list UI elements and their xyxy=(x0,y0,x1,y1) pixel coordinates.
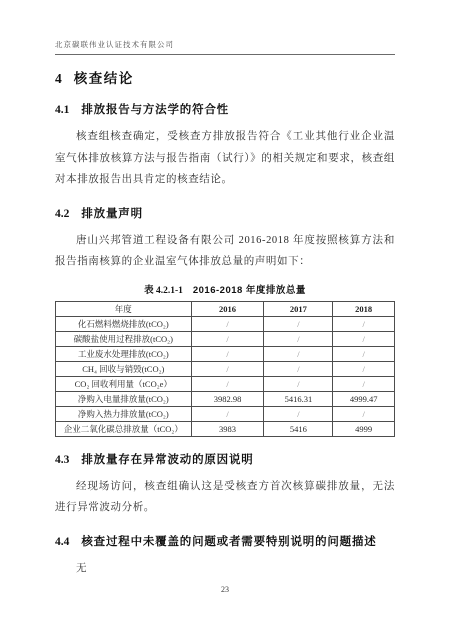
value-cell: / xyxy=(191,346,264,361)
table-caption-title: 2016-2018 年度排放总量 xyxy=(193,285,306,296)
value-cell: / xyxy=(264,331,333,346)
table-header-cell: 年度 xyxy=(56,301,192,316)
section-title: 核查过程中未覆盖的问题或者需要特别说明的问题描述 xyxy=(81,536,376,548)
section-title: 核查结论 xyxy=(74,71,134,86)
heading-verification-conclusion: 4核查结论 xyxy=(55,67,395,87)
table-row: 企业二氧化碳总排放量（tCO₂）398354164999 xyxy=(56,421,395,436)
table-header-cell: 2018 xyxy=(333,301,395,316)
paragraph-conformity-statement: 核查组核查确定，受核查方排放报告符合《工业其他行业企业温室气体排放核算方法与报告… xyxy=(55,126,395,191)
value-cell: / xyxy=(333,361,395,376)
page-footer: 23 xyxy=(0,585,450,594)
row-label-cell: 企业二氧化碳总排放量（tCO₂） xyxy=(56,421,192,436)
value-cell: / xyxy=(333,376,395,391)
value-cell: / xyxy=(333,331,395,346)
row-label-cell: 净购入热力排放量(tCO₂) xyxy=(56,406,192,421)
table-header-cell: 2016 xyxy=(191,301,264,316)
heading-report-methodology-conformity: 4.1排放报告与方法学的符合性 xyxy=(55,101,395,117)
value-cell: / xyxy=(333,346,395,361)
section-title: 排放量声明 xyxy=(81,208,143,220)
section-number: 4.2 xyxy=(55,208,69,220)
paragraph-emissions-declaration: 唐山兴邦管道工程设备有限公司 2016-2018 年度按照核算方法和报告指南核算… xyxy=(55,230,395,273)
value-cell: 4999.47 xyxy=(333,391,395,406)
value-cell: / xyxy=(264,361,333,376)
section-number: 4.1 xyxy=(55,104,69,116)
section-number: 4 xyxy=(55,71,62,86)
value-cell: / xyxy=(333,316,395,331)
table-header-cell: 2017 xyxy=(264,301,333,316)
section-number: 4.3 xyxy=(55,454,69,466)
row-label-cell: 净购入电量排放量(tCO₂) xyxy=(56,391,192,406)
value-cell: / xyxy=(264,316,333,331)
row-label-cell: CH₄ 回收与销毁(tCO₂) xyxy=(56,361,192,376)
paragraph-fluctuation-explanation: 经现场访问，核查组确认这是受核查方首次核算碳排放量，无法进行异常波动分析。 xyxy=(55,476,395,519)
value-cell: 3983 xyxy=(191,421,264,436)
value-cell: / xyxy=(264,376,333,391)
value-cell: / xyxy=(264,346,333,361)
company-name: 北京碳联伟业认证技术有限公司 xyxy=(55,40,174,49)
table-row: CH₄ 回收与销毁(tCO₂)/// xyxy=(56,361,395,376)
paragraph-uncovered-issues: 无 xyxy=(55,558,395,580)
running-header: 北京碳联伟业认证技术有限公司 xyxy=(55,0,395,55)
value-cell: / xyxy=(191,331,264,346)
section-title: 排放报告与方法学的符合性 xyxy=(81,104,229,116)
value-cell: / xyxy=(191,376,264,391)
heading-uncovered-issues: 4.4核查过程中未覆盖的问题或者需要特别说明的问题描述 xyxy=(55,533,395,549)
value-cell: 4999 xyxy=(333,421,395,436)
value-cell: / xyxy=(264,406,333,421)
emissions-table: 年度201620172018化石燃料燃烧排放(tCO₂)///碳酸盐使用过程排放… xyxy=(55,301,395,437)
table-row: 净购入热力排放量(tCO₂)/// xyxy=(56,406,395,421)
row-label-cell: 工业废水处理排放(tCO₂) xyxy=(56,346,192,361)
row-label-cell: CO₂ 回收利用量（tCO₂e） xyxy=(56,376,192,391)
table-row: 化石燃料燃烧排放(tCO₂)/// xyxy=(56,316,395,331)
value-cell: 3982.98 xyxy=(191,391,264,406)
table-row: 净购入电量排放量(tCO₂)3982.985416.314999.47 xyxy=(56,391,395,406)
section-title: 排放量存在异常波动的原因说明 xyxy=(81,454,253,466)
row-label-cell: 碳酸盐使用过程排放(tCO₂) xyxy=(56,331,192,346)
page-number: 23 xyxy=(221,585,229,594)
value-cell: 5416.31 xyxy=(264,391,333,406)
heading-emissions-declaration: 4.2排放量声明 xyxy=(55,205,395,221)
value-cell: / xyxy=(191,361,264,376)
table-row: 碳酸盐使用过程排放(tCO₂)/// xyxy=(56,331,395,346)
section-number: 4.4 xyxy=(55,536,69,548)
value-cell: / xyxy=(333,406,395,421)
table-caption: 表 4.2.1-12016-2018 年度排放总量 xyxy=(55,282,395,296)
value-cell: / xyxy=(191,316,264,331)
value-cell: / xyxy=(191,406,264,421)
table-row: CO₂ 回收利用量（tCO₂e）/// xyxy=(56,376,395,391)
document-page: 北京碳联伟业认证技术有限公司 4核查结论 4.1排放报告与方法学的符合性 核查组… xyxy=(0,0,450,636)
table-header-row: 年度201620172018 xyxy=(56,301,395,316)
table-row: 工业废水处理排放(tCO₂)/// xyxy=(56,346,395,361)
heading-abnormal-fluctuation-explanation: 4.3排放量存在异常波动的原因说明 xyxy=(55,451,395,467)
emissions-table-body: 年度201620172018化石燃料燃烧排放(tCO₂)///碳酸盐使用过程排放… xyxy=(56,301,395,436)
table-caption-label: 表 4.2.1-1 xyxy=(144,286,183,296)
row-label-cell: 化石燃料燃烧排放(tCO₂) xyxy=(56,316,192,331)
value-cell: 5416 xyxy=(264,421,333,436)
